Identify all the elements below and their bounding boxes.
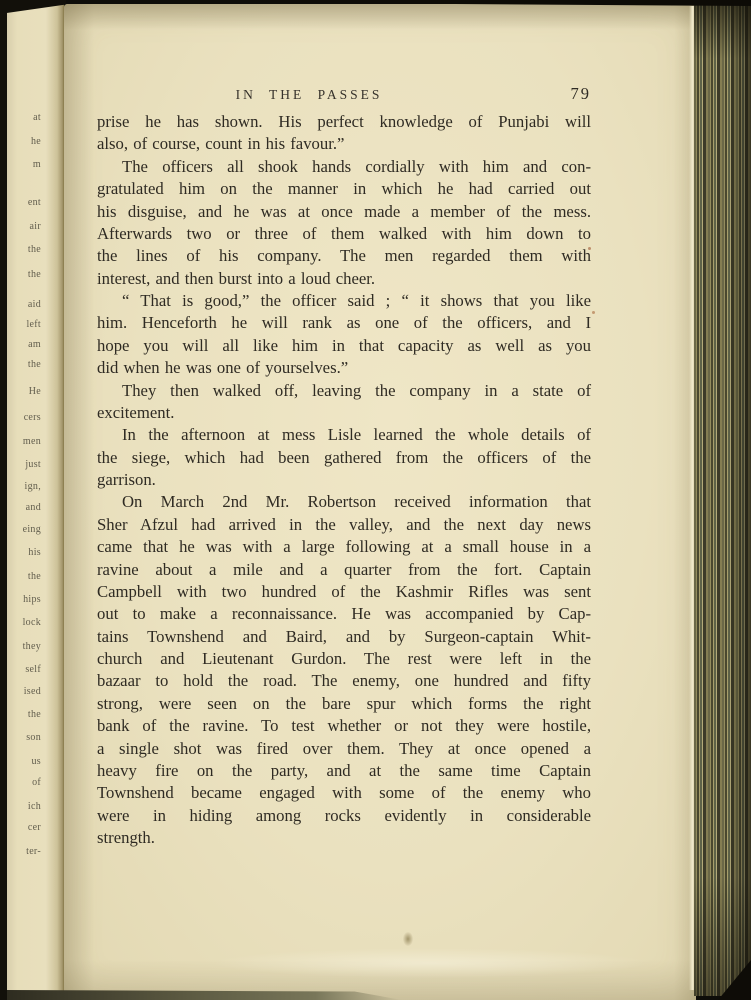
text-line: garrison. (97, 469, 591, 491)
book-fore-edge (694, 4, 751, 996)
text-line: church and Lieutenant Gurdon. The rest w… (97, 648, 591, 670)
text-line: tains Townshend and Baird, and by Surgeo… (97, 626, 591, 648)
page-edge-text-fragment: ter- (26, 846, 41, 857)
page-edge-text-fragment: of (32, 777, 41, 788)
page-edge-text-fragment: aid (28, 299, 41, 310)
page-edge-text-fragment: the (28, 709, 41, 720)
text-line: interest, and then burst into a loud che… (97, 268, 591, 290)
text-line: In the afternoon at mess Lisle learned t… (97, 424, 591, 446)
page-edge-text-fragment: son (26, 732, 41, 743)
text-line: Campbell with two hundred of the Kashmir… (97, 581, 591, 603)
page-edge-text-fragment: his (28, 547, 41, 558)
page-edge-text-fragment: they (23, 641, 41, 652)
text-line: were in hiding among rocks evidently in … (97, 805, 591, 827)
text-line: Townshend became engaged with some of th… (97, 782, 591, 804)
text-line: did when he was one of yourselves.” (97, 357, 591, 379)
text-line: the lines of his company. The men regard… (97, 245, 591, 267)
paragraph: “ That is good,” the officer said ; “ it… (97, 290, 591, 380)
text-line: strong, were seen on the bare spur which… (97, 693, 591, 715)
paragraph: On March 2nd Mr. Robertson received info… (97, 491, 591, 849)
page-edge-text-fragment: ich (28, 801, 41, 812)
text-line: ravine about a mile and a quarter from t… (97, 559, 591, 581)
text-line: out to make a reconnaissance. He was acc… (97, 603, 591, 625)
page-edge-text-fragment: ent (28, 197, 41, 208)
page-edge-text-fragment: lock (23, 617, 41, 628)
page-edge-text-fragment: us (32, 756, 42, 767)
text-line: bank of the ravine. To test whether or n… (97, 715, 591, 737)
paragraph: The officers all shook hands cordially w… (97, 156, 591, 290)
page-edge-text-fragment: at (33, 112, 41, 123)
text-line: Afterwards two or three of them walked w… (97, 223, 591, 245)
page-edge-text-fragment: hips (23, 594, 41, 605)
text-line: also, of course, count in his favour.” (97, 133, 591, 155)
chapter-running-title: IN THE PASSES (97, 87, 521, 103)
page-edge-text-fragment: the (28, 244, 41, 255)
text-line: excitement. (97, 402, 591, 424)
text-line: the siege, which had been gathered from … (97, 447, 591, 469)
page-edge-text-fragment: cers (24, 412, 41, 423)
text-line: came that he was with a large following … (97, 536, 591, 558)
page-edge-text-fragment: eing (23, 524, 41, 535)
text-line: “ That is good,” the officer said ; “ it… (97, 290, 591, 312)
text-line: They then walked off, leaving the compan… (97, 380, 591, 402)
text-line: hope you will all like him in that capac… (97, 335, 591, 357)
page-edge-text-fragment: ign, (25, 481, 41, 492)
page-edge-text-fragment: just (25, 459, 41, 470)
page-edge-text-fragment: the (28, 269, 41, 280)
page-edge-text-fragment: the (28, 571, 41, 582)
text-line: gratulated him on the manner in which he… (97, 178, 591, 200)
text-line: The officers all shook hands cordially w… (97, 156, 591, 178)
body-text: prise he has shown. His perfect knowledg… (97, 111, 591, 849)
text-line: Sher Afzul had arrived in the valley, an… (97, 514, 591, 536)
photo-left-border (0, 0, 7, 1000)
text-line: him. Henceforth he will rank as one of t… (97, 312, 591, 334)
paragraph: prise he has shown. His perfect knowledg… (97, 111, 591, 156)
page-edge-text-fragment: m (33, 159, 41, 170)
paper-smudge (403, 932, 413, 946)
paragraph: In the afternoon at mess Lisle learned t… (97, 424, 591, 491)
desk-edge (7, 990, 402, 1000)
text-line: On March 2nd Mr. Robertson received info… (97, 491, 591, 513)
page-number: 79 (571, 84, 592, 104)
running-head: IN THE PASSES 79 (97, 84, 591, 106)
page-edge-text-fragment: cer (28, 822, 41, 833)
text-line: his disguise, and he was at once made a … (97, 201, 591, 223)
page-edge-text-fragment: left (26, 319, 41, 330)
page-edge-text-fragment: ised (24, 686, 41, 697)
text-line: a single shot was fired over them. They … (97, 738, 591, 760)
page-edge-text-fragment: am (28, 339, 41, 350)
page-edge-text-fragment: he (31, 136, 41, 147)
paragraph: They then walked off, leaving the compan… (97, 380, 591, 425)
page-edge-text-fragment: and (26, 502, 41, 513)
paper-speck (588, 247, 591, 250)
text-line: heavy fire on the party, and at the same… (97, 760, 591, 782)
paper-sheen (210, 948, 650, 978)
previous-page-edge: athementairthetheaidleftamtheHecersmenju… (7, 3, 64, 1000)
text-line: bazaar to hold the road. The enemy, one … (97, 670, 591, 692)
scanned-book-photo: athementairthetheaidleftamtheHecersmenju… (0, 0, 751, 1000)
page-edge-text-fragment: men (23, 436, 41, 447)
page-edge-text-fragment: self (25, 664, 41, 675)
page-edge-text-fragment: air (30, 221, 41, 232)
paper-speck (592, 311, 595, 314)
text-line: prise he has shown. His perfect knowledg… (97, 111, 591, 133)
text-line: strength. (97, 827, 591, 849)
page-edge-text-fragment: the (28, 359, 41, 370)
page-edge-text-fragment: He (29, 386, 41, 397)
